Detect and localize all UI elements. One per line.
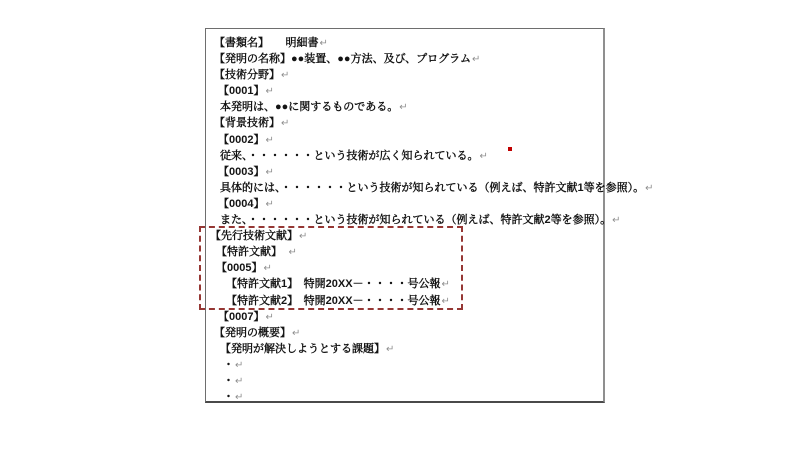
doc-line-summary-header: 【発明の概要】↵ bbox=[214, 325, 603, 341]
doc-line-problem-header: 【発明が解決しようとする課題】↵ bbox=[214, 341, 603, 357]
paragraph-mark-icon: ↵ bbox=[399, 102, 407, 113]
paragraph-mark-icon: ↵ bbox=[612, 215, 620, 226]
doc-line-invention-title: 【発明の名称】●●装置、●●方法、及び、プログラム↵ bbox=[214, 51, 603, 67]
doc-line-bullet: ・↵ bbox=[214, 373, 603, 389]
paragraph-mark-icon: ↵ bbox=[299, 231, 307, 242]
paragraph-mark-icon: ↵ bbox=[265, 86, 273, 97]
specification-document: 【書類名】 明細書↵ 【発明の名称】●●装置、●●方法、及び、プログラム↵ 【技… bbox=[214, 35, 603, 405]
paragraph-mark-icon: ↵ bbox=[472, 54, 480, 65]
doc-line-technical-field: 【技術分野】↵ bbox=[214, 67, 603, 83]
doc-line-prior-art-header: 【先行技術文献】↵ bbox=[210, 228, 603, 244]
paragraph-mark-icon: ↵ bbox=[645, 183, 653, 194]
doc-line-para-0001: 【0001】↵ bbox=[214, 83, 603, 99]
paragraph-mark-icon: ↵ bbox=[442, 296, 450, 307]
doc-line-para-0003: 【0003】↵ bbox=[214, 164, 603, 180]
document-page: 【書類名】 明細書↵ 【発明の名称】●●装置、●●方法、及び、プログラム↵ 【技… bbox=[205, 28, 605, 403]
paragraph-mark-icon: ↵ bbox=[235, 376, 243, 387]
doc-line-para-0005: 【0005】↵ bbox=[214, 260, 603, 276]
doc-line-document-name: 【書類名】 明細書↵ bbox=[214, 35, 603, 51]
paragraph-mark-icon: ↵ bbox=[265, 167, 273, 178]
paragraph-mark-icon: ↵ bbox=[235, 360, 243, 371]
doc-line-body: 具体的には、・・・・・・という技術が知られている（例えば、特許文献1等を参照）。… bbox=[214, 180, 603, 196]
doc-line-body: 従来、・・・・・・という技術が広く知られている。↵ bbox=[214, 148, 603, 164]
doc-line-body: 本発明は、●●に関するものである。↵ bbox=[214, 99, 603, 115]
paragraph-mark-icon: ↵ bbox=[265, 135, 273, 146]
paragraph-mark-icon: ↵ bbox=[263, 263, 271, 274]
paragraph-mark-icon: ↵ bbox=[292, 328, 300, 339]
paragraph-mark-icon: ↵ bbox=[281, 70, 289, 81]
paragraph-mark-icon: ↵ bbox=[442, 279, 450, 290]
paragraph-mark-icon: ↵ bbox=[265, 312, 273, 323]
paragraph-mark-icon: ↵ bbox=[281, 118, 289, 129]
doc-line-para-0004: 【0004】↵ bbox=[214, 196, 603, 212]
doc-line-body: また、・・・・・・という技術が知られている（例えば、特許文献2等を参照）。↵ bbox=[214, 212, 603, 228]
paragraph-mark-icon: ↵ bbox=[386, 344, 394, 355]
doc-line-patent-literature-2: 【特許文献2】 特開20XX－・・・・号公報↵ bbox=[214, 293, 603, 309]
paragraph-mark-icon: ↵ bbox=[235, 392, 243, 403]
screenshot-canvas: 【書類名】 明細書↵ 【発明の名称】●●装置、●●方法、及び、プログラム↵ 【技… bbox=[0, 0, 800, 450]
doc-line-para-0002: 【0002】↵ bbox=[214, 132, 603, 148]
doc-line-patent-literature-1: 【特許文献1】 特開20XX－・・・・号公報↵ bbox=[214, 276, 603, 292]
paragraph-mark-icon: ↵ bbox=[265, 199, 273, 210]
doc-line-bullet: ・↵ bbox=[214, 389, 603, 405]
paragraph-mark-icon: ↵ bbox=[289, 247, 297, 258]
doc-line-para-0007: 【0007】↵ bbox=[214, 309, 603, 325]
doc-line-bullet: ・↵ bbox=[214, 357, 603, 373]
doc-line-background-art: 【背景技術】↵ bbox=[214, 115, 603, 131]
paragraph-mark-icon: ↵ bbox=[480, 151, 488, 162]
doc-line-patent-literature-header: 【特許文献】 ↵ bbox=[214, 244, 603, 260]
paragraph-mark-icon: ↵ bbox=[320, 38, 328, 49]
